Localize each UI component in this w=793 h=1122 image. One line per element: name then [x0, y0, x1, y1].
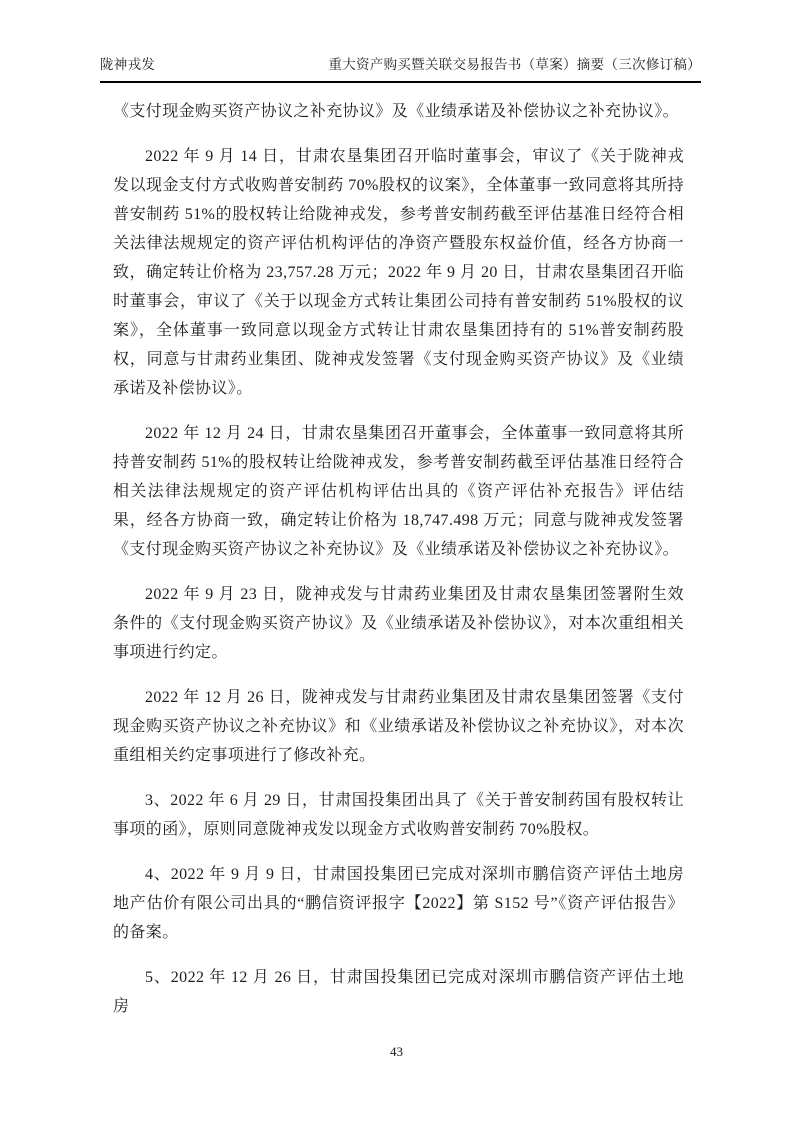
body-paragraph: 2022 年 12 月 24 日，甘肃农垦集团召开董事会，全体董事一致同意将其所… [113, 419, 684, 564]
header-company-name: 陇神戎发 [100, 56, 155, 74]
body-paragraph: 3、2022 年 6 月 29 日，甘肃国投集团出具了《关于普安制药国有股权转让… [113, 786, 684, 844]
body-paragraph: 5、2022 年 12 月 26 日，甘肃国投集团已完成对深圳市鹏信资产评估土地… [113, 963, 684, 1021]
header-document-title: 重大资产购买暨关联交易报告书（草案）摘要（三次修订稿） [328, 56, 701, 74]
body-paragraph: 2022 年 9 月 14 日，甘肃农垦集团召开临时董事会，审议了《关于陇神戎发… [113, 142, 684, 403]
body-paragraph: 2022 年 9 月 23 日，陇神戎发与甘肃药业集团及甘肃农垦集团签署附生效条… [113, 580, 684, 667]
body-paragraph: 4、2022 年 9 月 9 日，甘肃国投集团已完成对深圳市鹏信资产评估土地房地… [113, 860, 684, 947]
page-number: 43 [0, 1044, 793, 1060]
body-paragraph: 2022 年 12 月 26 日，陇神戎发与甘肃药业集团及甘肃农垦集团签署《支付… [113, 683, 684, 770]
document-page: 陇神戎发 重大资产购买暨关联交易报告书（草案）摘要（三次修订稿） 《支付现金购买… [0, 0, 793, 1122]
page-header: 陇神戎发 重大资产购买暨关联交易报告书（草案）摘要（三次修订稿） [100, 56, 701, 83]
document-body: 《支付现金购买资产协议之补充协议》及《业绩承诺及补偿协议之补充协议》。 2022… [113, 97, 684, 1037]
body-paragraph: 《支付现金购买资产协议之补充协议》及《业绩承诺及补偿协议之补充协议》。 [113, 97, 684, 126]
